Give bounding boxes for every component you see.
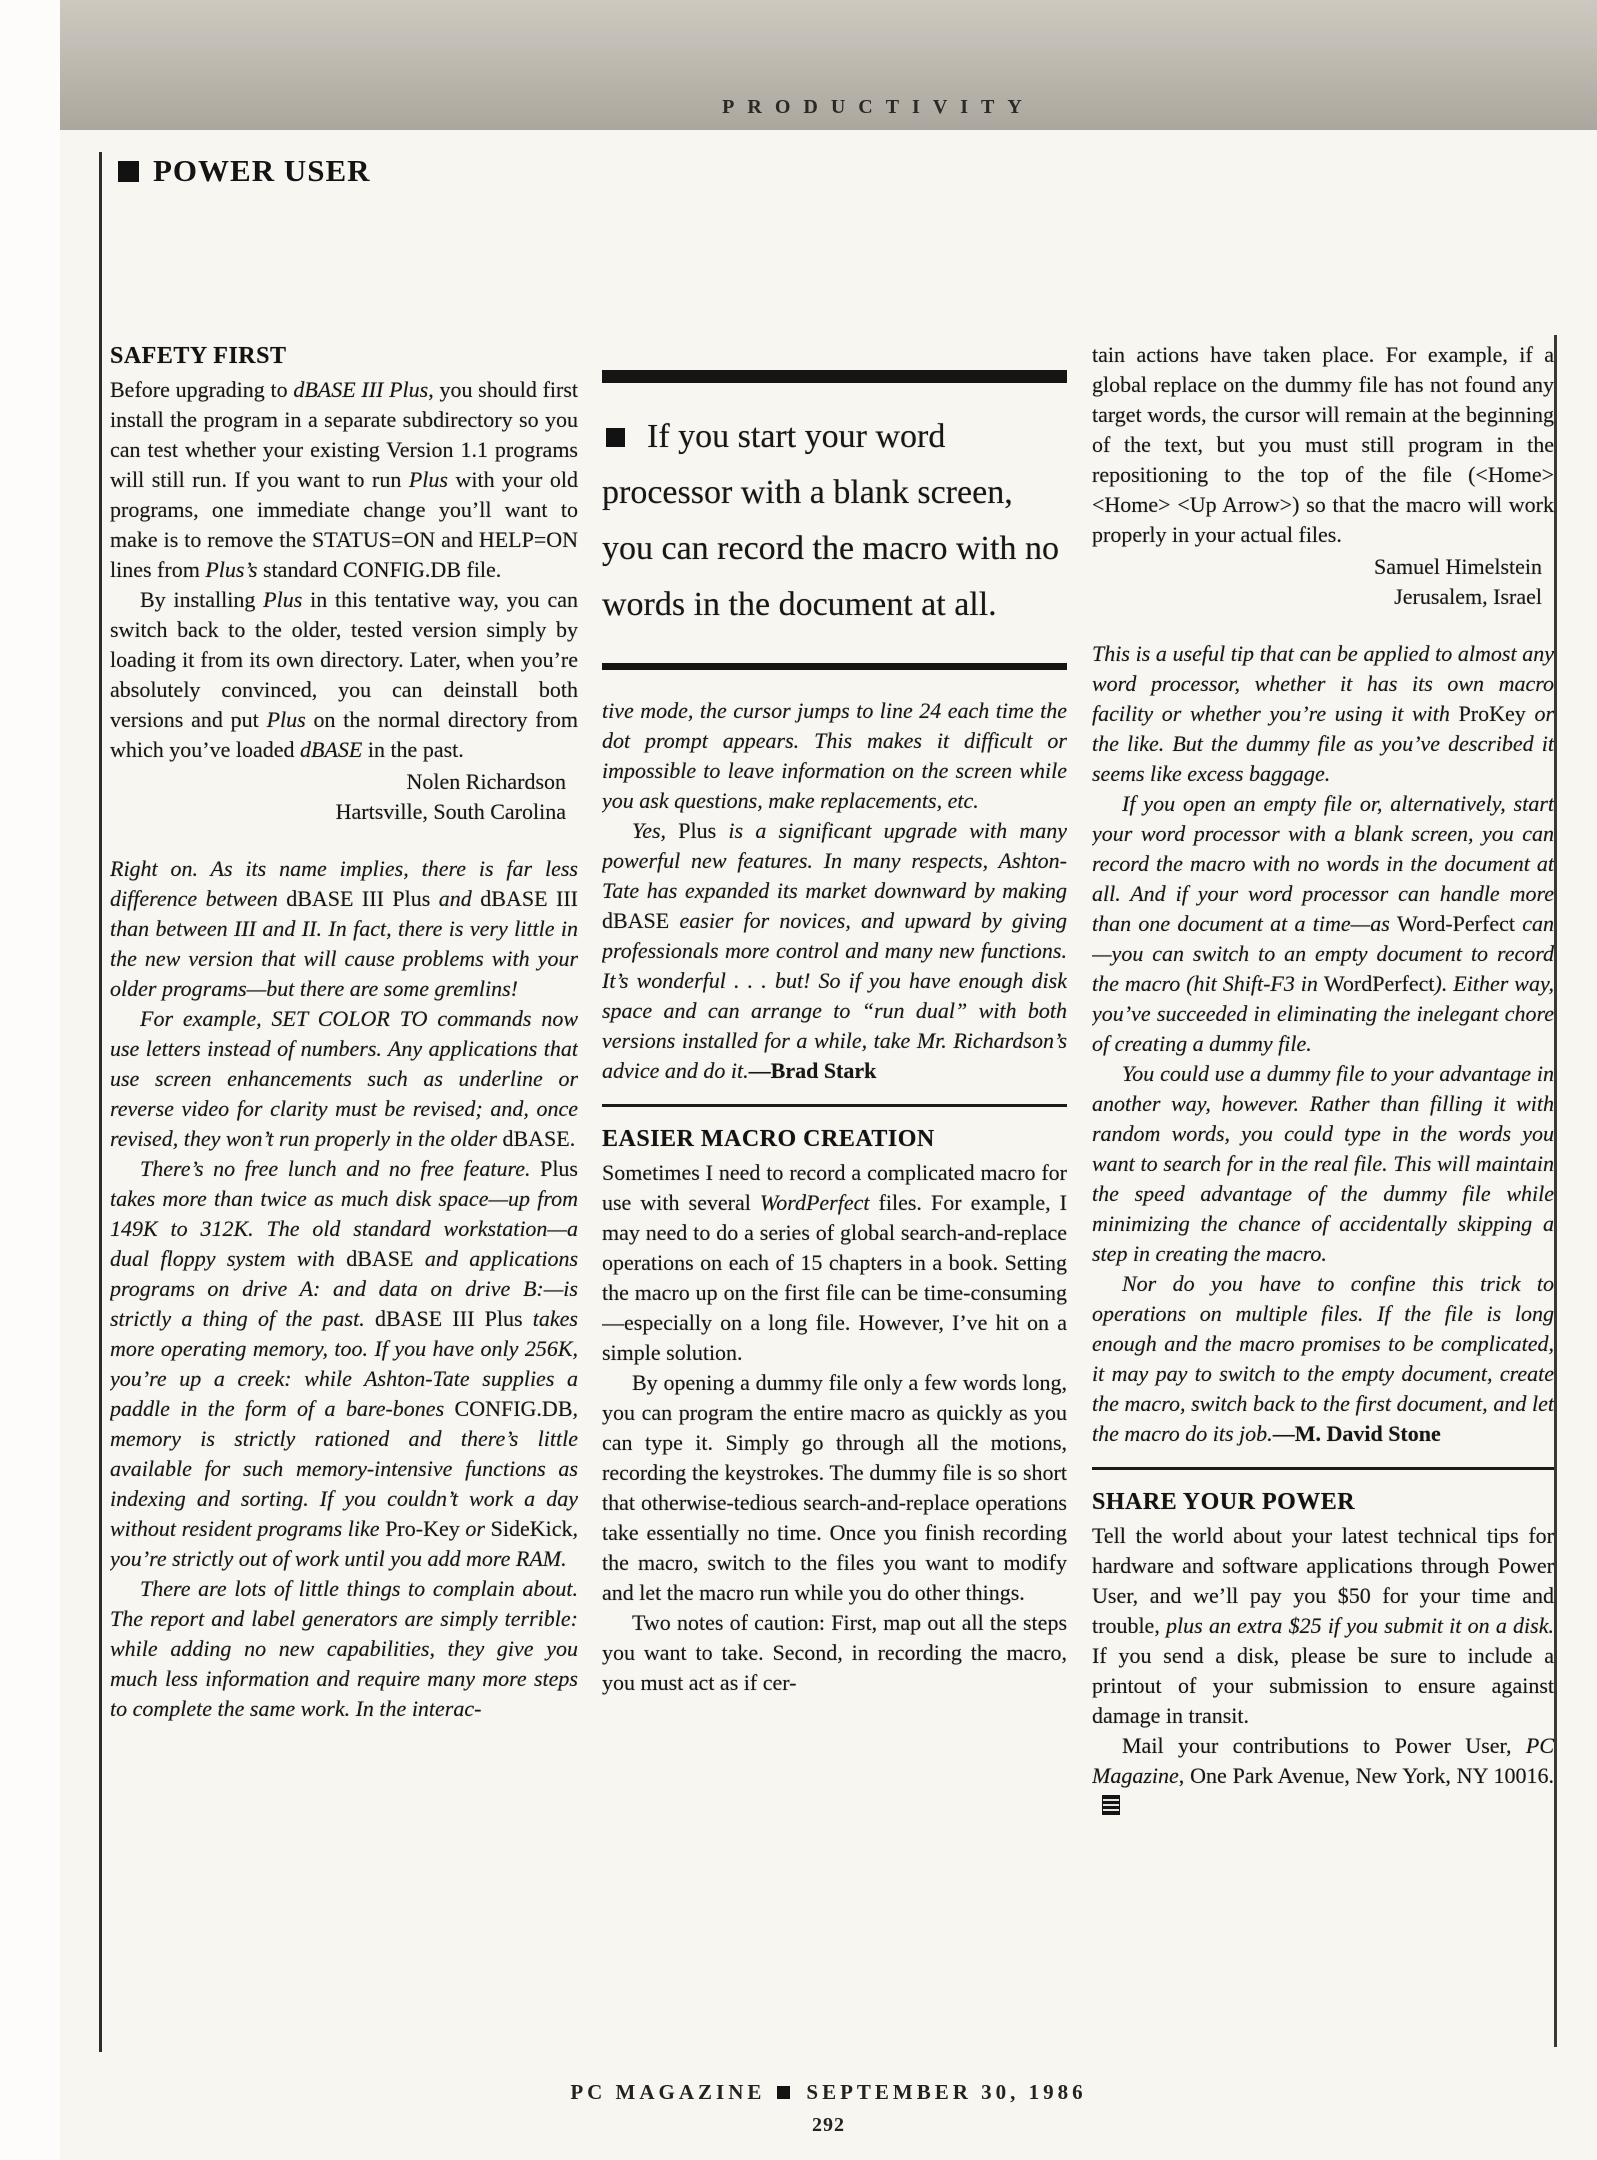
- text-run: or: [460, 1516, 491, 1541]
- text-run: tive mode, the cursor jumps to line 24 e…: [602, 698, 1067, 813]
- column-masthead: POWER USER: [118, 153, 371, 189]
- text-run: dBASE III Plus: [293, 377, 428, 402]
- paragraph: Right on. As its name implies, there is …: [110, 854, 578, 1004]
- text-run: Yes,: [632, 818, 678, 843]
- signature-line: Jerusalem, Israel: [1092, 582, 1542, 612]
- text-run: Two notes of caution: First, map out all…: [602, 1610, 1067, 1695]
- page-top-scan-band: PRODUCTIVITY: [60, 0, 1597, 136]
- text-run: WordPerfect: [760, 1190, 870, 1215]
- section-heading: SAFETY FIRST: [110, 340, 578, 372]
- text-run: Plus: [267, 707, 306, 732]
- text-run: —M. David Stone: [1273, 1421, 1441, 1446]
- square-bullet-icon: [606, 428, 625, 447]
- paragraph: By opening a dummy file only a few words…: [602, 1368, 1067, 1608]
- text-run: ProKey: [1459, 701, 1526, 726]
- text-run: By opening a dummy file only a few words…: [602, 1370, 1067, 1605]
- text-run: tain actions have taken place. For examp…: [1092, 342, 1554, 547]
- signature-line: Samuel Himelstein: [1092, 552, 1542, 582]
- text-run: dBASE.: [502, 1126, 575, 1151]
- paragraph: Mail your contributions to Power User, P…: [1092, 1731, 1554, 1821]
- paragraph: Before upgrading to dBASE III Plus, you …: [110, 375, 578, 585]
- paragraph: There’s no free lunch and no free featur…: [110, 1154, 578, 1574]
- pull-quote: If you start your word processor with a …: [602, 370, 1067, 670]
- paragraph: This is a useful tip that can be applied…: [1092, 639, 1554, 789]
- text-run: —Brad Stark: [749, 1058, 877, 1083]
- text-run: dBASE III: [480, 886, 578, 911]
- text-run: Word‑Perfect: [1397, 911, 1515, 936]
- text-run: dBASE: [346, 1246, 413, 1271]
- section-label: PRODUCTIVITY: [160, 96, 1597, 119]
- paragraph: Tell the world about your latest technic…: [1092, 1521, 1554, 1731]
- text-run: Nor do you have to confine this trick to…: [1092, 1271, 1554, 1446]
- paragraph: Sometimes I need to record a complicated…: [602, 1158, 1067, 1368]
- text-run: SideKick: [491, 1516, 573, 1541]
- end-of-article-icon: [1102, 1795, 1120, 1815]
- section-divider: [1092, 1467, 1554, 1470]
- signature: Nolen RichardsonHartsville, South Caroli…: [110, 767, 578, 827]
- text-run: CONFIG.DB: [455, 1396, 573, 1421]
- paragraph: By installing Plus in this tentative way…: [110, 585, 578, 765]
- signature: Samuel HimelsteinJerusalem, Israel: [1092, 552, 1554, 612]
- text-run: Plus: [540, 1156, 578, 1181]
- signature-line: Nolen Richardson: [110, 767, 566, 797]
- text-run: If you start your word processor with a …: [602, 418, 1059, 623]
- paragraph: Nor do you have to confine this trick to…: [1092, 1269, 1554, 1449]
- text-run: dBASE: [602, 908, 669, 933]
- paragraph: Yes, Plus is a significant upgrade with …: [602, 816, 1067, 1086]
- text-run: dBASE III Plus: [375, 1306, 523, 1331]
- footer-date: SEPTEMBER 30, 1986: [806, 2080, 1086, 2104]
- page-footer: PC MAGAZINESEPTEMBER 30, 1986: [60, 2080, 1597, 2105]
- text-run: standard CONFIG.DB file.: [258, 557, 502, 582]
- square-bullet-icon: [118, 161, 139, 182]
- text-run: Plus’s: [205, 557, 257, 582]
- paragraph: If you open an empty file or, alternativ…: [1092, 789, 1554, 1059]
- footer-magazine: PC MAGAZINE: [570, 2080, 765, 2104]
- text-run: If you send a disk, please be sure to in…: [1092, 1643, 1554, 1728]
- text-run: dBASE: [300, 737, 362, 762]
- text-run: Plus: [678, 818, 716, 843]
- paragraph: tive mode, the cursor jumps to line 24 e…: [602, 696, 1067, 816]
- paragraph: You could use a dummy file to your advan…: [1092, 1059, 1554, 1269]
- right-column-rule: [1554, 335, 1557, 2047]
- magazine-page: PRODUCTIVITY POWER USER SAFETY FIRSTBefo…: [0, 0, 1597, 2160]
- text-run: You could use a dummy file to your advan…: [1092, 1061, 1554, 1266]
- text-run: There are lots of little things to compl…: [110, 1576, 578, 1721]
- text-run: Mail your contributions to Power User,: [1122, 1733, 1526, 1758]
- text-run: Plus: [263, 587, 302, 612]
- text-run: WordPerfect: [1324, 971, 1435, 996]
- paragraph: Two notes of caution: First, map out all…: [602, 1608, 1067, 1698]
- column-1: SAFETY FIRSTBefore upgrading to dBASE II…: [110, 340, 578, 2060]
- text-run: and: [430, 886, 480, 911]
- square-bullet-icon: [777, 2086, 790, 2099]
- paragraph: There are lots of little things to compl…: [110, 1574, 578, 1724]
- text-run: By installing: [140, 587, 263, 612]
- text-run: plus an extra $25 if you submit it on a …: [1166, 1613, 1554, 1638]
- text-run: , One Park Avenue, New York, NY 10016.: [1179, 1763, 1554, 1788]
- text-run: files. For example, I may need to do a s…: [602, 1190, 1067, 1365]
- column-3: tain actions have taken place. For examp…: [1092, 340, 1554, 2060]
- page-number: 292: [60, 2114, 1597, 2137]
- text-run: Before upgrading to: [110, 377, 293, 402]
- paragraph: For example, SET COLOR TO commands now u…: [110, 1004, 578, 1154]
- section-heading: SHARE YOUR POWER: [1092, 1486, 1554, 1518]
- text-run: dBASE III Plus: [286, 886, 430, 911]
- text-run: easier for novices, and upward by giving…: [602, 908, 1067, 1083]
- section-divider: [602, 1104, 1067, 1107]
- masthead-title: POWER USER: [153, 153, 371, 189]
- text-run: There’s no free lunch and no free featur…: [140, 1156, 540, 1181]
- text-run: than between III and II. In fact, there …: [110, 916, 578, 1001]
- text-run: Pro‑Key: [385, 1516, 460, 1541]
- signature-line: Hartsville, South Carolina: [110, 797, 566, 827]
- text-run: in the past.: [362, 737, 463, 762]
- paragraph: tain actions have taken place. For examp…: [1092, 340, 1554, 550]
- column-2: If you start your word processor with a …: [602, 340, 1067, 2060]
- section-heading: EASIER MACRO CREATION: [602, 1123, 1067, 1155]
- text-run: Plus: [409, 467, 448, 492]
- left-column-rule: [99, 152, 102, 2052]
